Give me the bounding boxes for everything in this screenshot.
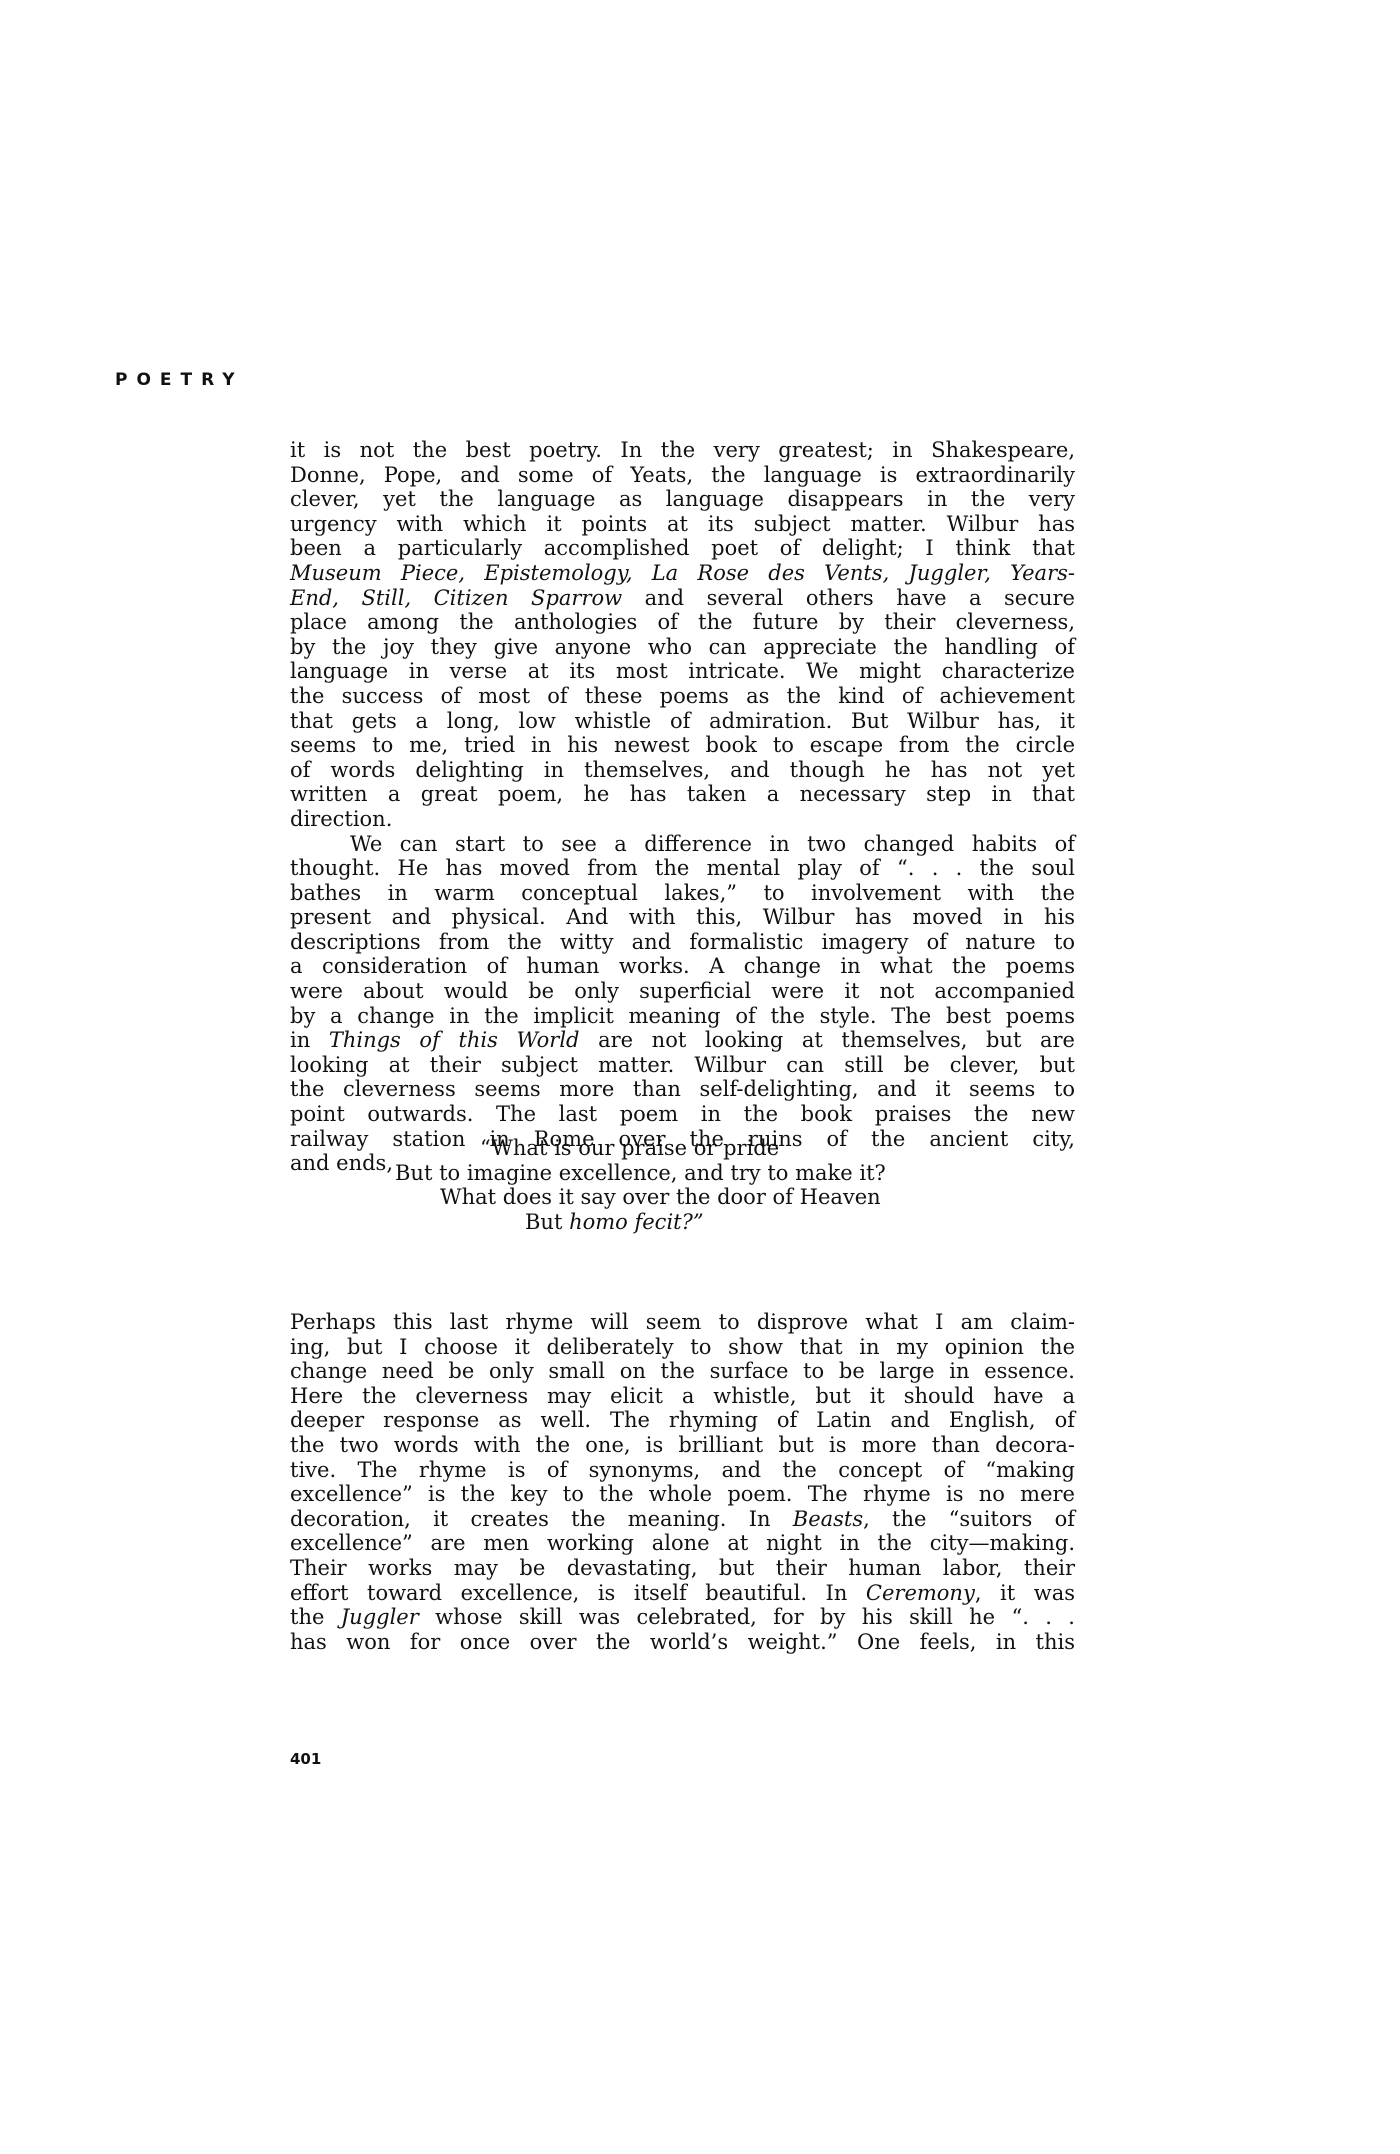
text-line: looking at their subject matter. Wilbur … bbox=[290, 1053, 1075, 1078]
poem-verse: What does it say over the door of Heaven bbox=[290, 1185, 1075, 1210]
text-line: that gets a long, low whistle of admirat… bbox=[290, 709, 1075, 734]
text-fragment: in bbox=[290, 1028, 329, 1052]
body-text-top: it is not the best poetry. In the very g… bbox=[290, 438, 1075, 1176]
text-line: excellence” is the key to the whole poem… bbox=[290, 1482, 1075, 1507]
text-fragment: whose skill was celebrated, for by his s… bbox=[419, 1605, 1075, 1629]
text-line-mixed: the Juggler whose skill was celebrated, … bbox=[290, 1605, 1075, 1630]
text-fragment: the bbox=[290, 1605, 341, 1629]
text-line: descriptions from the witty and formalis… bbox=[290, 930, 1075, 955]
text-line: Perhaps this last rhyme will seem to dis… bbox=[290, 1310, 1075, 1335]
text-line: ing, but I choose it deliberately to sho… bbox=[290, 1335, 1075, 1360]
text-line: bathes in warm conceptual lakes,” to inv… bbox=[290, 881, 1075, 906]
text-line: written a great poem, he has taken a nec… bbox=[290, 782, 1075, 807]
text-line: deeper response as well. The rhyming of … bbox=[290, 1408, 1075, 1433]
text-line: We can start to see a difference in two … bbox=[290, 832, 1075, 857]
text-line: Donne, Pope, and some of Yeats, the lang… bbox=[290, 463, 1075, 488]
text-line: Here the cleverness may elicit a whistle… bbox=[290, 1384, 1075, 1409]
poem-title: Ceremony bbox=[866, 1581, 975, 1605]
poem-title: Beasts bbox=[793, 1507, 863, 1531]
text-line: excellence” are men working alone at nig… bbox=[290, 1531, 1075, 1556]
text-line: the two words with the one, is brilliant… bbox=[290, 1433, 1075, 1458]
text-line: by a change in the implicit meaning of t… bbox=[290, 1004, 1075, 1029]
text-line: the cleverness seems more than self-deli… bbox=[290, 1077, 1075, 1102]
quoted-poem: “What is our praise or pride But to imag… bbox=[290, 1136, 1075, 1234]
poem-verse: “What is our praise or pride bbox=[290, 1136, 1075, 1161]
text-line: point outwards. The last poem in the boo… bbox=[290, 1102, 1075, 1127]
text-fragment: and several others have a secure bbox=[622, 586, 1075, 610]
text-line-mixed: End, Still, Citizen Sparrow and several … bbox=[290, 586, 1075, 611]
page-number: 401 bbox=[290, 1750, 321, 1768]
latin-phrase: homo fecit?” bbox=[569, 1210, 704, 1234]
text-line: were about would be only superficial wer… bbox=[290, 979, 1075, 1004]
text-line: urgency with which it points at its subj… bbox=[290, 512, 1075, 537]
paragraph-continuation: it is not the best poetry. In the very g… bbox=[290, 438, 1075, 832]
text-fragment: are not looking at themselves, but are bbox=[580, 1028, 1076, 1052]
poem-title: Juggler bbox=[341, 1605, 419, 1629]
body-text-bottom: Perhaps this last rhyme will seem to dis… bbox=[290, 1310, 1075, 1654]
text-line: direction. bbox=[290, 807, 1075, 832]
paragraph-difference: We can start to see a difference in two … bbox=[290, 832, 1075, 1176]
paragraph-rhyme: Perhaps this last rhyme will seem to dis… bbox=[290, 1310, 1075, 1654]
text-line: of words delighting in themselves, and t… bbox=[290, 758, 1075, 783]
text-line-mixed: decoration, it creates the meaning. In B… bbox=[290, 1507, 1075, 1532]
text-line: the success of most of these poems as th… bbox=[290, 684, 1075, 709]
text-line: seems to me, tried in his newest book to… bbox=[290, 733, 1075, 758]
text-line: language in verse at its most intricate.… bbox=[290, 659, 1075, 684]
text-line: it is not the best poetry. In the very g… bbox=[290, 438, 1075, 463]
text-line: Their works may be devastating, but thei… bbox=[290, 1556, 1075, 1581]
text-line: change need be only small on the surface… bbox=[290, 1359, 1075, 1384]
text-fragment: , it was bbox=[975, 1581, 1075, 1605]
text-line: has won for once over the world’s weight… bbox=[290, 1630, 1075, 1655]
text-fragment: decoration, it creates the meaning. In bbox=[290, 1507, 793, 1531]
text-fragment: But bbox=[525, 1210, 569, 1234]
text-line: place among the anthologies of the futur… bbox=[290, 610, 1075, 635]
running-head: POETRY bbox=[115, 370, 244, 390]
text-line: been a particularly accomplished poet of… bbox=[290, 536, 1075, 561]
book-title: Things of this World bbox=[329, 1028, 580, 1052]
text-line-mixed: in Things of this World are not looking … bbox=[290, 1028, 1075, 1053]
poem-verse: But homo fecit?” bbox=[290, 1210, 1075, 1235]
text-line-italic-titles: Museum Piece, Epistemology, La Rose des … bbox=[290, 561, 1075, 586]
poem-verse: But to imagine excellence, and try to ma… bbox=[290, 1161, 1075, 1186]
text-line: clever, yet the language as language dis… bbox=[290, 487, 1075, 512]
text-line: a consideration of human works. A change… bbox=[290, 954, 1075, 979]
text-fragment: effort toward excellence, is itself beau… bbox=[290, 1581, 866, 1605]
text-line-mixed: effort toward excellence, is itself beau… bbox=[290, 1581, 1075, 1606]
text-fragment: , the “suitors of bbox=[863, 1507, 1075, 1531]
text-line: present and physical. And with this, Wil… bbox=[290, 905, 1075, 930]
poem-titles: Museum Piece, Epistemology, La Rose des … bbox=[290, 561, 1075, 585]
text-line: thought. He has moved from the mental pl… bbox=[290, 856, 1075, 881]
poem-titles: End, Still, Citizen Sparrow bbox=[290, 586, 622, 610]
text-line: tive. The rhyme is of synonyms, and the … bbox=[290, 1458, 1075, 1483]
text-line: by the joy they give anyone who can appr… bbox=[290, 635, 1075, 660]
